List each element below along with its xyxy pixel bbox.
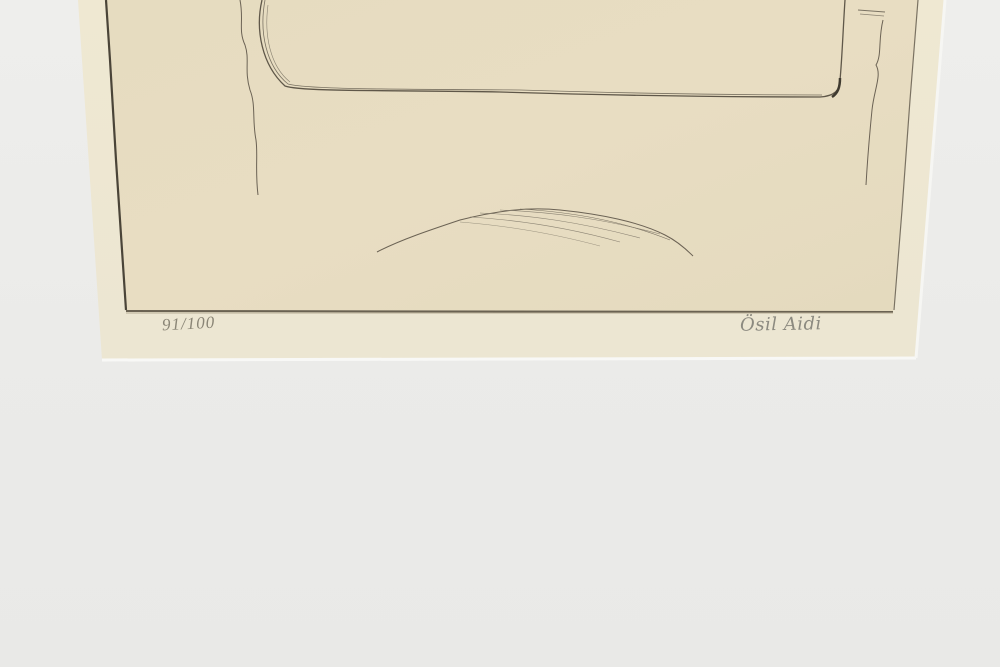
artist-signature: Ösil Aidi — [740, 313, 822, 335]
framed-etching-photo: 91/100 Ösil Aidi — [0, 0, 1000, 667]
etching-drawing — [0, 0, 1000, 667]
edition-number: 91/100 — [162, 313, 216, 336]
print-sheet: 91/100 Ösil Aidi — [0, 0, 1000, 667]
plate — [106, 0, 918, 312]
